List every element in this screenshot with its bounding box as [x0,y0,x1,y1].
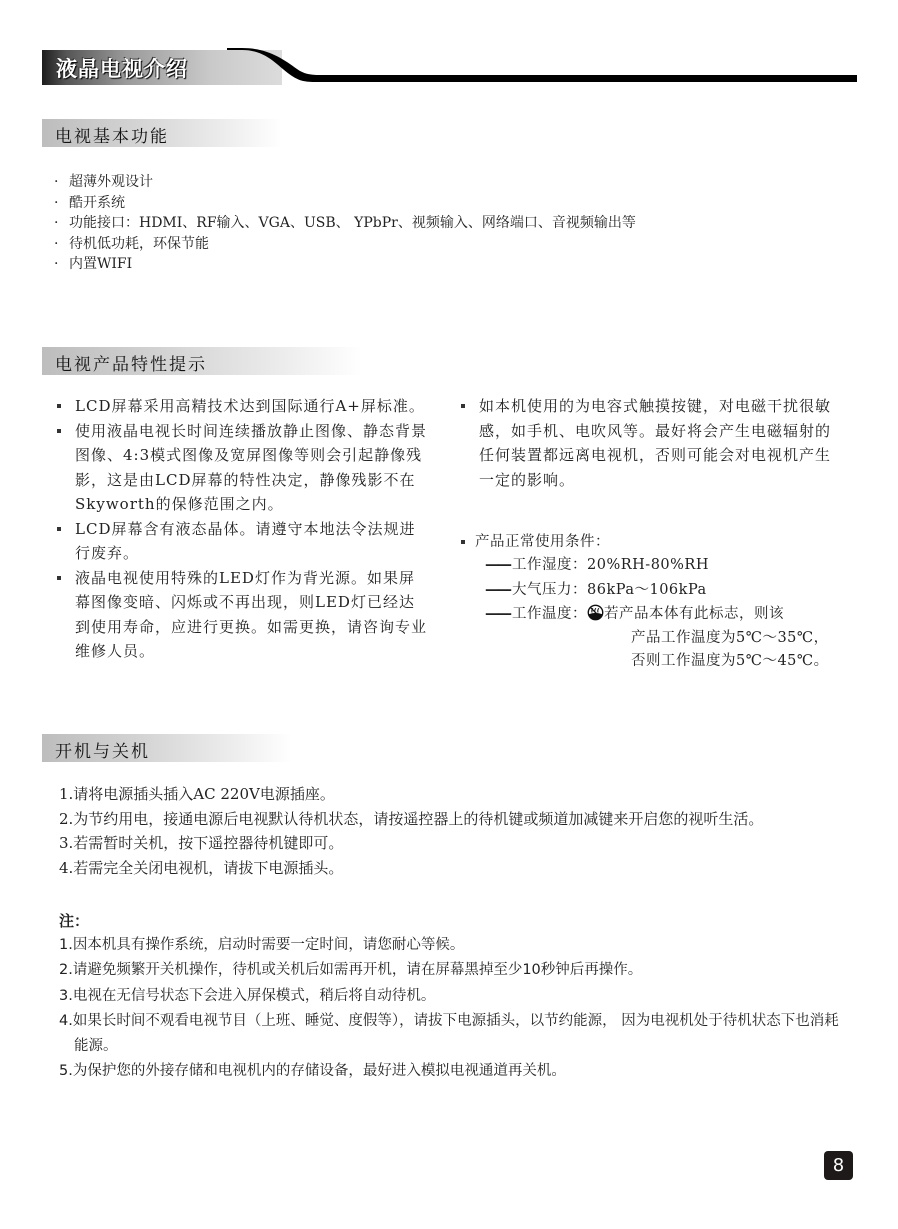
page-header: 液晶电视介绍 [42,46,857,86]
list-item: 1.请将电源插头插入AC 220V电源插座。 [59,782,829,807]
temperature-row: ——工作温度：若产品本体有此标志，则该 [459,602,879,627]
temperature-detail-line: 否则工作温度为5℃～45℃。 [459,650,879,674]
humidity-value: 20%RH-80%RH [587,557,709,573]
bullet-icon [461,404,465,408]
list-item: ·超薄外观设计 [52,172,772,193]
section-heading-text: 电视产品特性提示 [55,350,207,375]
list-item: 如本机使用的为电容式触摸按键，对电磁干扰很敏感，如手机、电吹风等。最好将会产生电… [459,394,837,492]
basic-features-list: ·超薄外观设计 ·酷开系统 ·功能接口：HDMI、RF输入、VGA、USB、 Y… [52,172,772,275]
section-heading-text: 电视基本功能 [55,122,169,147]
humidity-label: 工作湿度： [512,557,587,573]
pressure-row: ——大气压力：86kPa～106kPa [459,578,879,603]
list-item: ·功能接口：HDMI、RF输入、VGA、USB、 YPbPr、视频输入、网络端口… [52,213,772,234]
list-item: 2.为节约用电，接通电源后电视默认待机状态，请按遥控器上的待机键或频道加减键来开… [59,807,829,832]
bullet-icon: · [54,193,58,214]
usage-conditions: 产品正常使用条件： ——工作湿度：20%RH-80%RH ——大气压力：86kP… [459,531,879,674]
list-item: ·待机低功耗，环保节能 [52,234,772,255]
list-item: ·酷开系统 [52,193,772,214]
power-steps-list: 1.请将电源插头插入AC 220V电源插座。 2.为节约用电，接通电源后电视默认… [59,782,829,880]
power-notes-list: 1.因本机具有操作系统，启动时需要一定时间，请您耐心等候。 2.请避免频繁开关机… [59,933,839,1085]
list-item: 5.为保护您的外接存储和电视机内的存储设备，最好进入模拟电视通道再关机。 [59,1059,839,1084]
note-label: 注： [59,910,89,931]
list-item: ·内置WIFI [52,254,772,275]
list-item: 4.如果长时间不观看电视节目（上班、睡觉、度假等），请拔下电源插头，以节约能源，… [59,1009,839,1060]
list-item: 使用液晶电视长时间连续播放静止图像、静态背景图像、4:3模式图像及宽屏图像等则会… [55,419,427,517]
usage-conditions-heading: 产品正常使用条件： [459,531,879,553]
bullet-icon [57,404,61,408]
section-heading-power: 开机与关机 [42,734,292,762]
bullet-icon: · [54,234,58,255]
bullet-icon: · [54,172,58,193]
list-item: 2.请避免频繁开关机操作，待机或关机后如需再开机，请在屏幕黑掉至少10秒钟后再操… [59,958,839,983]
section-heading-text: 开机与关机 [55,737,150,762]
bullet-icon [461,540,465,544]
list-item: 3.电视在无信号状态下会进入屏保模式，稍后将自动待机。 [59,984,839,1009]
temperature-detail-line: 产品工作温度为5℃～35℃， [459,627,879,651]
temperature-limit-symbol-icon [587,604,604,621]
humidity-row: ——工作湿度：20%RH-80%RH [459,553,879,578]
pressure-label: 大气压力： [512,582,587,598]
bullet-icon: · [54,254,58,275]
pressure-value: 86kPa～106kPa [587,582,707,598]
product-tips-left-list: LCD屏幕采用高精技术达到国际通行A+屏标准。 使用液晶电视长时间连续播放静止图… [55,394,427,664]
page-title: 液晶电视介绍 [56,53,188,83]
page-number: 8 [824,1151,853,1180]
product-tips-right-list: 如本机使用的为电容式触摸按键，对电磁干扰很敏感，如手机、电吹风等。最好将会产生电… [459,394,837,492]
temperature-label: 工作温度： [512,606,587,622]
bullet-icon: · [54,213,58,234]
list-item: 4.若需完全关闭电视机，请拔下电源插头。 [59,856,829,881]
list-item: 1.因本机具有操作系统，启动时需要一定时间，请您耐心等候。 [59,933,839,958]
list-item: LCD屏幕含有液态晶体。请遵守本地法令法规进行废弃。 [55,517,427,566]
bullet-icon [57,576,61,580]
section-heading-product-tips: 电视产品特性提示 [42,347,362,375]
bullet-icon [57,429,61,433]
list-item: LCD屏幕采用高精技术达到国际通行A+屏标准。 [55,394,427,419]
section-heading-basic-features: 电视基本功能 [42,119,282,147]
list-item: 3.若需暂时关机，按下遥控器待机键即可。 [59,831,829,856]
list-item: 液晶电视使用特殊的LED灯作为背光源。如果屏幕图像变暗、闪烁或不再出现，则LED… [55,566,427,664]
bullet-icon [57,527,61,531]
